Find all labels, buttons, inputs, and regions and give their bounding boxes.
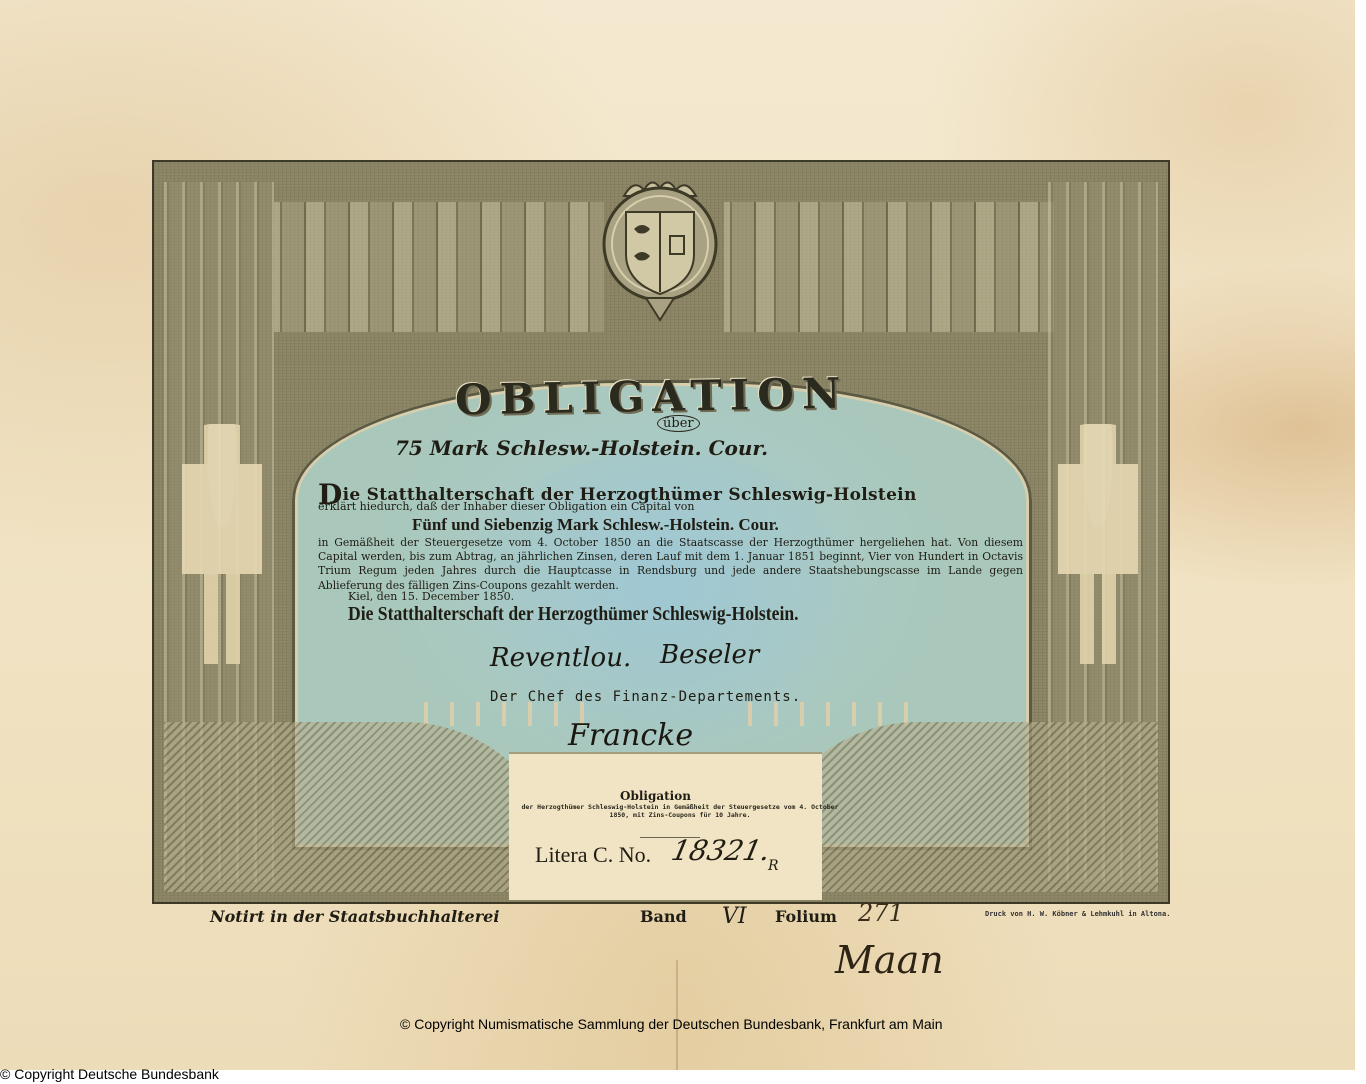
band-value: VI — [722, 904, 747, 929]
folium-label: Folium — [775, 907, 837, 926]
serial-label-panel — [509, 752, 822, 900]
gothic-arcade-left — [274, 202, 604, 332]
serial-number: 18321. — [668, 834, 773, 867]
declaration-text: erklärt hiedurch, daß der Inhaber dieser… — [318, 500, 694, 513]
title-connector: über — [657, 415, 700, 432]
folium-value: 271 — [858, 899, 904, 927]
signature-first: Reventlou. — [490, 643, 631, 673]
coat-of-arms-icon — [594, 174, 726, 324]
gothic-spikes-left — [414, 702, 584, 726]
label-description: der Herzogthümer Schleswig-Holstein in G… — [520, 803, 840, 819]
gothic-arcade-right — [724, 202, 1054, 332]
document-title: OBLIGATION — [455, 369, 849, 425]
label-title: Obligation — [620, 789, 691, 803]
copyright-corner: © Copyright Deutsche Bundesbank — [0, 1066, 219, 1082]
gothic-spikes-right — [738, 702, 908, 726]
serial-suffix: R — [768, 858, 779, 874]
amount-in-words: Fünf und Siebenzig Mark Schlesw.-Holstei… — [412, 515, 779, 535]
amount-heading: 75 Mark Schlesw.-Holstein. Cour. — [395, 436, 768, 460]
warrior-figure-right — [1058, 424, 1138, 664]
terms-paragraph: in Gemäßheit der Steuergesetze vom 4. Oc… — [318, 536, 1023, 593]
registrar-signature: Maan — [835, 938, 944, 982]
registry-note: Notirt in der Staatsbuchhalterei — [210, 907, 499, 926]
scan-edge-right — [1355, 0, 1366, 1084]
paper-fold-crease — [676, 960, 678, 1070]
signature-finance-chief: Francke — [568, 718, 693, 753]
issuer-signature-line: Die Statthalterschaft der Herzogthümer S… — [348, 603, 799, 626]
finance-chief-title: Der Chef des Finanz-Departements. — [490, 689, 801, 705]
copyright-notice: © Copyright Numismatische Sammlung der D… — [400, 1016, 943, 1032]
printer-imprint: Druck von H. W. Köbner & Lehmkuhl in Alt… — [985, 910, 1170, 918]
band-label: Band — [640, 907, 687, 926]
litera-label: Litera C. No. — [535, 842, 651, 868]
signature-second: Beseler — [660, 640, 759, 670]
place-date: Kiel, den 15. December 1850. — [348, 590, 514, 603]
warrior-figure-left — [182, 424, 262, 664]
